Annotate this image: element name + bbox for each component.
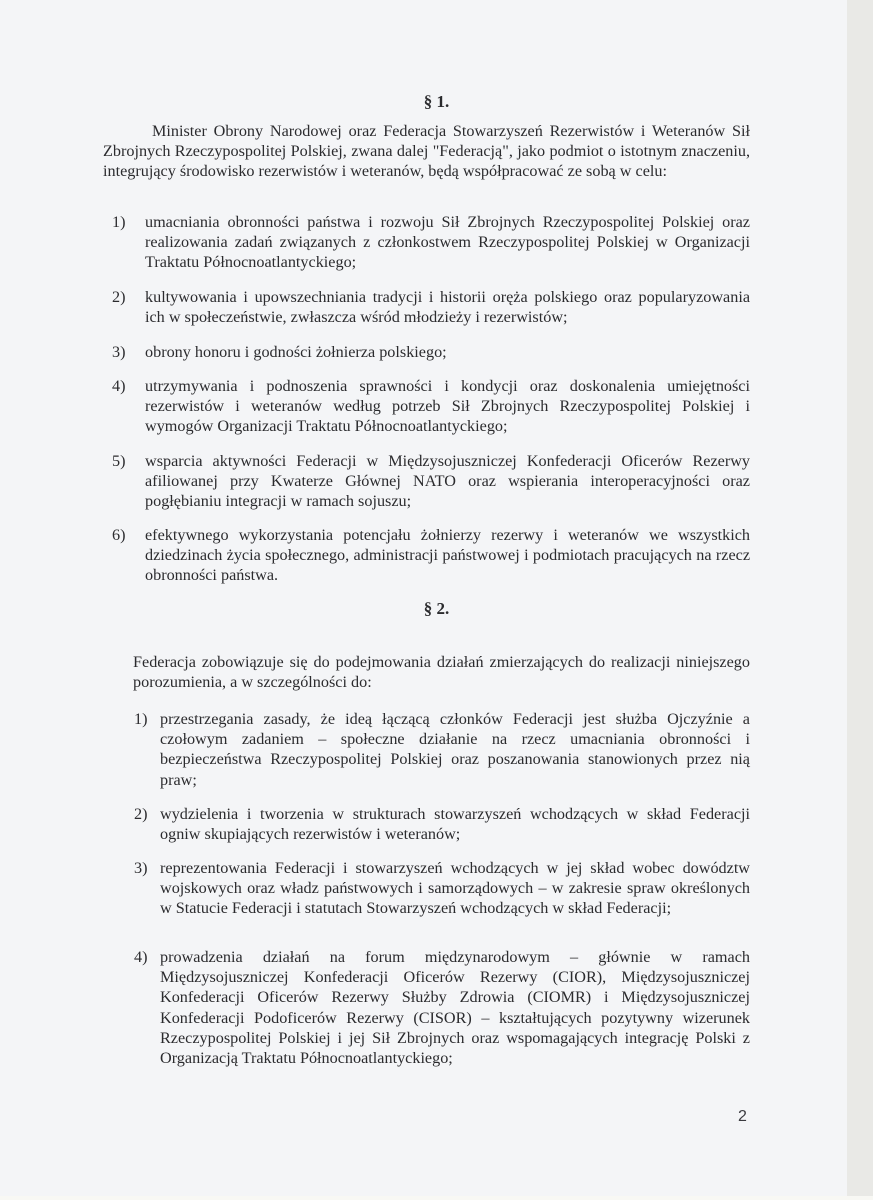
- item-number: 1): [112, 212, 125, 232]
- item-text: obrony honoru i godności żołnierza polsk…: [145, 342, 750, 362]
- item-number: 4): [112, 376, 125, 396]
- item-number: 5): [112, 451, 125, 471]
- item-text: prowadzenia działań na forum międzynarod…: [160, 947, 750, 1068]
- scanner-edge: [0, 1196, 873, 1200]
- item-text: wydzielenia i tworzenia w strukturach st…: [160, 804, 750, 844]
- section-1-heading: § 1.: [0, 92, 873, 112]
- item-text: reprezentowania Federacji i stowarzyszeń…: [160, 858, 750, 919]
- item-number: 3): [112, 342, 125, 362]
- page-number: 2: [738, 1107, 747, 1127]
- section-1-intro-text: Minister Obrony Narodowej oraz Federacja…: [103, 121, 750, 182]
- item-text: umacniania obronności państwa i rozwoju …: [145, 212, 750, 273]
- item-number: 2): [112, 287, 125, 307]
- section-2-heading: § 2.: [0, 599, 873, 619]
- item-text: wsparcia aktywności Federacji w Międzyso…: [145, 451, 750, 512]
- item-number: 4): [134, 947, 147, 967]
- item-number: 2): [134, 804, 147, 824]
- item-number: 3): [134, 858, 147, 878]
- section-1-intro-paragraph: Minister Obrony Narodowej oraz Federacja…: [103, 121, 750, 182]
- item-text: kultywowania i upowszechniania tradycji …: [145, 287, 750, 327]
- item-number: 6): [112, 525, 125, 545]
- section-2-intro-paragraph: Federacja zobowiązuje się do podejmowani…: [133, 652, 750, 692]
- scanned-page: § 1. Minister Obrony Narodowej oraz Fede…: [0, 0, 847, 1196]
- item-number: 1): [134, 709, 147, 729]
- item-text: utrzymywania i podnoszenia sprawności i …: [145, 376, 750, 437]
- section-2-intro-text: Federacja zobowiązuje się do podejmowani…: [133, 652, 750, 692]
- item-text: przestrzegania zasady, że ideą łączącą c…: [160, 709, 750, 790]
- item-text: efektywnego wykorzystania potencjału żoł…: [145, 525, 750, 586]
